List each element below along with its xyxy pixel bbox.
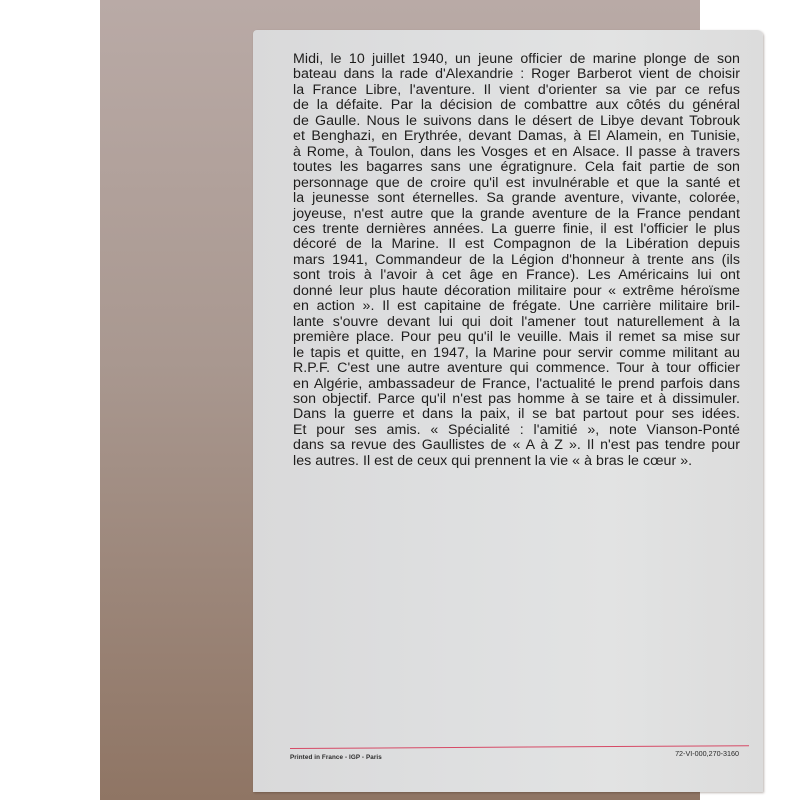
book-back-cover: Midi, le 10 juillet 1940, un jeune offic…: [253, 30, 763, 792]
imprint-text: Printed in France - IGP - Paris: [290, 754, 382, 761]
blurb-line: ces trente dernières années. La guerre f…: [293, 222, 740, 237]
blurb-line: sont trois à l'avoir à cet âge en France…: [293, 268, 740, 283]
blurb-line: en action ». Il est capitaine de frégate…: [293, 299, 740, 314]
photo-background: Midi, le 10 juillet 1940, un jeune offic…: [100, 0, 700, 800]
blurb-line: première place. Pour peu qu'il le veuill…: [293, 330, 740, 345]
blurb-line: décoré de la Marine. Il est Compagnon de…: [293, 237, 740, 252]
blurb-line: donné leur plus haute décoration militai…: [293, 284, 740, 299]
blurb-line: toutes les bagarres sans une égratignure…: [293, 160, 740, 175]
blurb-line: et Benghazi, en Erythrée, devant Damas, …: [293, 129, 740, 144]
blurb-line: de la défaite. Par la décision de combat…: [293, 98, 740, 113]
blurb-line: lante s'ouvre devant lui qui doit l'amen…: [293, 315, 740, 330]
blurb-line: Dans la guerre et dans la paix, il se ba…: [293, 407, 740, 422]
blurb-text: Midi, le 10 juillet 1940, un jeune offic…: [293, 52, 740, 469]
blurb-line: dans sa revue des Gaullistes de « A à Z …: [293, 438, 740, 453]
catalog-code: 72-VI-000,270-3160: [675, 749, 739, 758]
blurb-line: Et pour ses amis. « Spécialité : l'amiti…: [293, 423, 740, 438]
blurb-line: la France Libre, l'aventure. Il vient d'…: [293, 83, 740, 98]
blurb-line: à Rome, à Toulon, dans les Vosges et en …: [293, 145, 740, 160]
blurb-line: de Gaulle. Nous le suivons dans le déser…: [293, 114, 740, 129]
blurb-line: personnage que de croire qu'il est invul…: [293, 176, 740, 191]
blurb-line: la jeunesse sont éternelles. Sa grande a…: [293, 191, 740, 206]
blurb-line: mars 1941, Commandeur de la Légion d'hon…: [293, 253, 740, 268]
blurb-line: bateau dans la rade d'Alexandrie : Roger…: [293, 67, 740, 82]
blurb-line: le tapis et quitte, en 1947, la Marine p…: [293, 346, 740, 361]
blurb-line: joyeuse, n'est autre que la grande avent…: [293, 207, 740, 222]
blurb-line: R.P.F. C'est une autre aventure qui comm…: [293, 361, 740, 376]
blurb-line: les autres. Il est de ceux qui prennent …: [293, 454, 740, 469]
blurb-line: son objectif. Parce qu'il n'est pas homm…: [293, 392, 740, 407]
blurb-line: Midi, le 10 juillet 1940, un jeune offic…: [293, 52, 740, 67]
blurb-line: en Algérie, ambassadeur de France, l'act…: [293, 377, 740, 392]
